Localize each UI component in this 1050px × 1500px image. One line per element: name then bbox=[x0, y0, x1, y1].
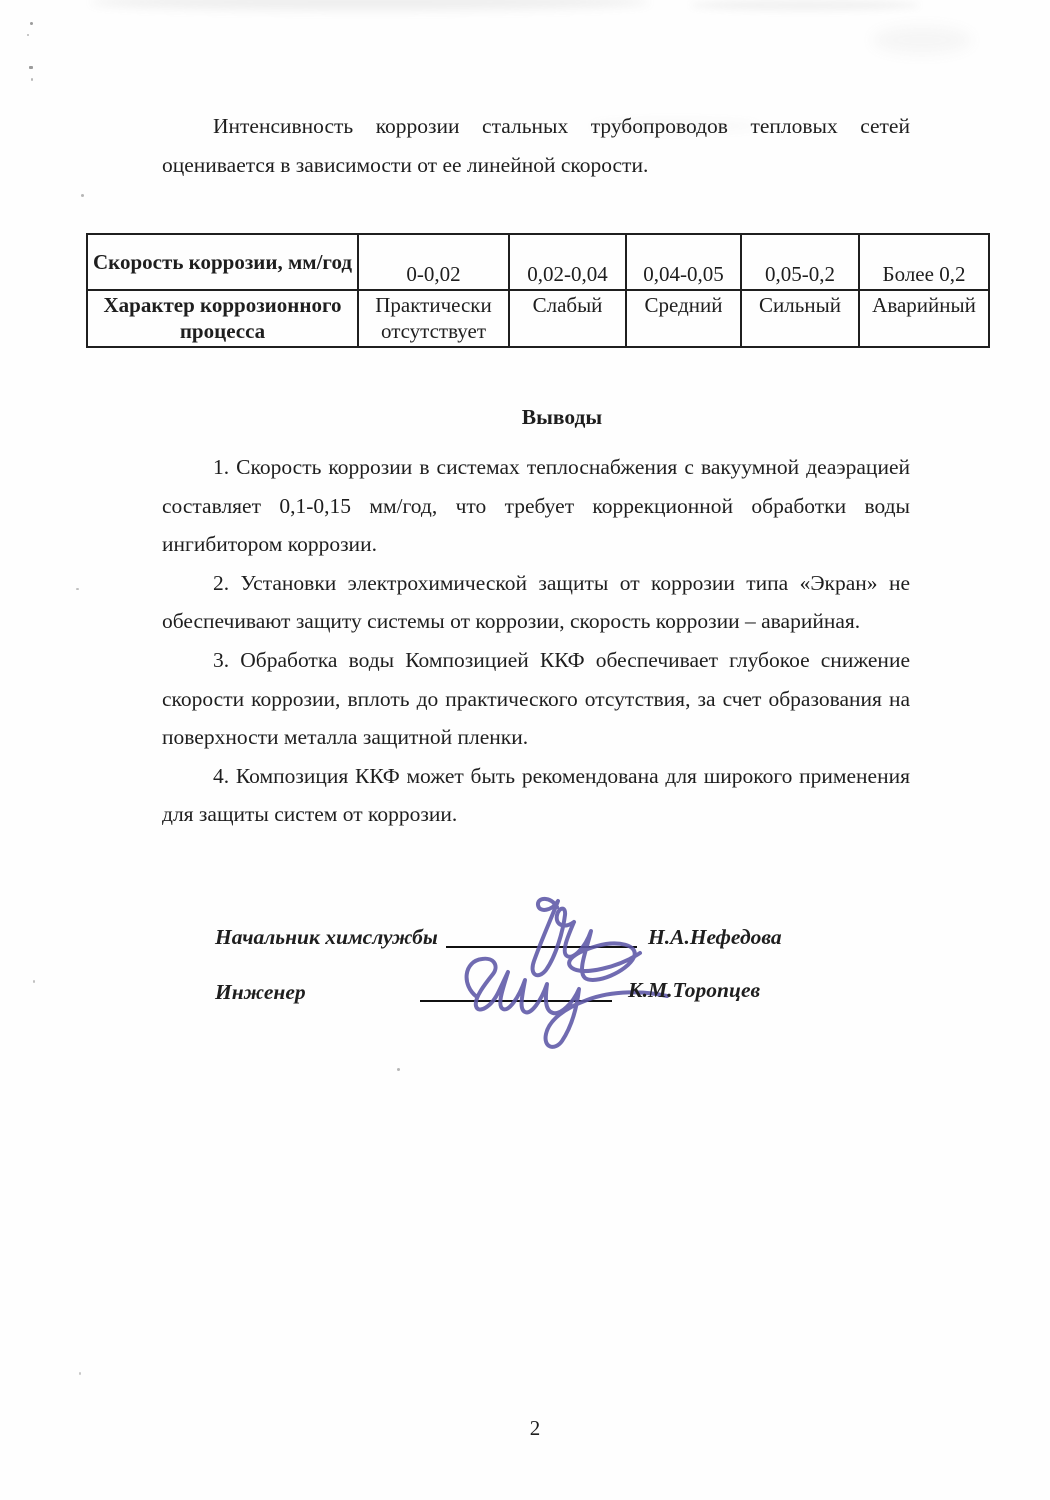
table-cell: Сильный bbox=[741, 290, 859, 347]
scan-speck bbox=[81, 194, 84, 197]
table-cell: Практически отсутствует bbox=[358, 290, 509, 347]
scan-smudge bbox=[90, 0, 650, 10]
table-row-rate: Скорость коррозии, мм/год 0-0,02 0,02-0,… bbox=[87, 234, 989, 290]
signature-line bbox=[420, 1000, 612, 1002]
table-header-rate: Скорость коррозии, мм/год bbox=[87, 234, 358, 290]
scan-speck bbox=[76, 588, 79, 590]
signature-line bbox=[446, 946, 637, 948]
scan-smudge bbox=[872, 26, 972, 54]
conclusions-section: Выводы 1. Скорость коррозии в системах т… bbox=[162, 398, 910, 834]
table-cell: 0,02-0,04 bbox=[509, 234, 626, 290]
intro-paragraph: Интенсивность коррозии стальных трубопро… bbox=[162, 107, 910, 185]
scan-speck bbox=[30, 22, 33, 25]
handwritten-signature-toroptsev bbox=[447, 953, 692, 1058]
scan-smudge bbox=[690, 0, 920, 10]
table-cell: Слабый bbox=[509, 290, 626, 347]
scan-speck bbox=[29, 66, 33, 69]
signer-name-toroptsev: К.М.Торопцев bbox=[628, 978, 760, 1003]
corrosion-table-wrapper: Скорость коррозии, мм/год 0-0,02 0,02-0,… bbox=[86, 233, 990, 348]
signature-block: Начальник химслужбы Н.А.Нефедова Инженер… bbox=[215, 915, 935, 1075]
signer-role-engineer: Инженер bbox=[215, 980, 306, 1005]
signer-role-chief: Начальник химслужбы bbox=[215, 925, 438, 950]
scanned-document-page: Интенсивность коррозии стальных трубопро… bbox=[0, 0, 1050, 1500]
table-cell: Аварийный bbox=[859, 290, 989, 347]
table-cell: Средний bbox=[626, 290, 741, 347]
table-cell: 0,04-0,05 bbox=[626, 234, 741, 290]
page-number: 2 bbox=[10, 1416, 1050, 1441]
table-cell: Более 0,2 bbox=[859, 234, 989, 290]
scan-speck bbox=[31, 78, 33, 81]
table-cell: 0-0,02 bbox=[358, 234, 509, 290]
conclusion-item-3: 3. Обработка воды Композицией ККФ обеспе… bbox=[162, 641, 910, 757]
scan-speck bbox=[33, 980, 35, 983]
conclusions-heading: Выводы bbox=[214, 398, 910, 437]
scan-speck bbox=[27, 34, 29, 36]
conclusion-item-1: 1. Скорость коррозии в системах теплосна… bbox=[162, 448, 910, 564]
table-row-character: Характер коррозионного процесса Практиче… bbox=[87, 290, 989, 347]
conclusion-item-4: 4. Композиция ККФ может быть рекомендова… bbox=[162, 757, 910, 834]
table-header-character: Характер коррозионного процесса bbox=[87, 290, 358, 347]
signer-name-nefedova: Н.А.Нефедова bbox=[648, 925, 782, 950]
corrosion-rate-table: Скорость коррозии, мм/год 0-0,02 0,02-0,… bbox=[86, 233, 990, 348]
table-cell: 0,05-0,2 bbox=[741, 234, 859, 290]
scan-speck bbox=[79, 1372, 81, 1375]
conclusion-item-2: 2. Установки электрохимической защиты от… bbox=[162, 564, 910, 641]
